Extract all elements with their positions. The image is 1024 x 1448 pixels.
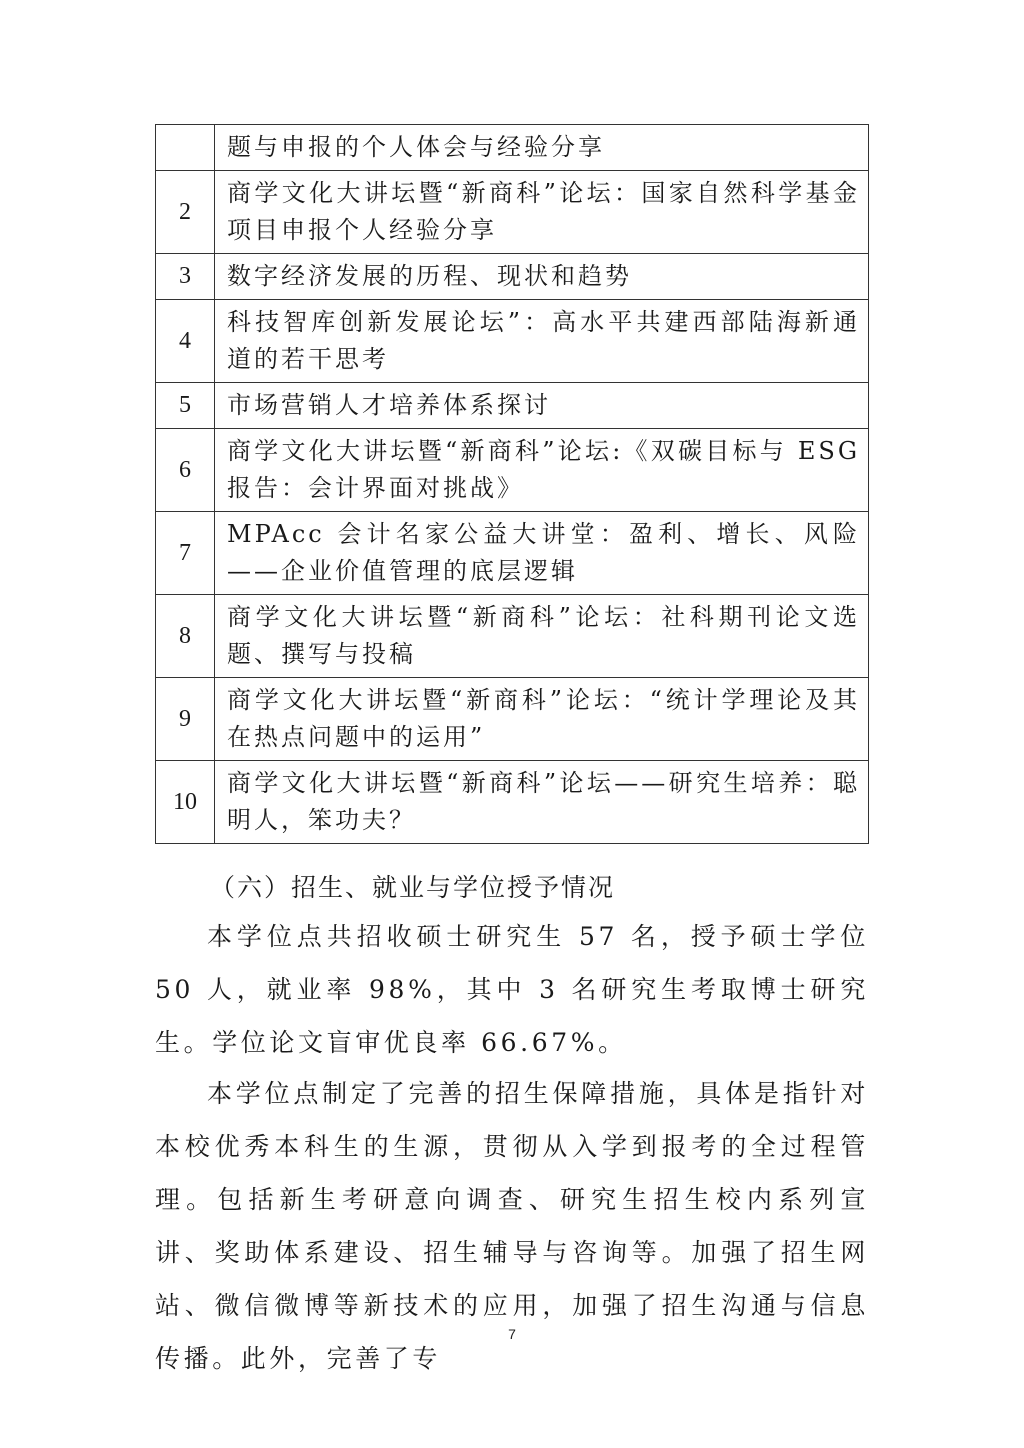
row-number: 9 xyxy=(156,678,215,761)
table-row: 题与申报的个人体会与经验分享 xyxy=(156,125,869,171)
row-number: 3 xyxy=(156,254,215,300)
enrollment-paragraph: 本学位点共招收硕士研究生 57 名，授予硕士学位 50 人，就业率 98%，其中… xyxy=(155,910,869,1069)
row-number xyxy=(156,125,215,171)
lecture-title: 科技智库创新发展论坛”：高水平共建西部陆海新通道的若干思考 xyxy=(215,300,869,383)
table-row: 8 商学文化大讲坛暨“新商科”论坛：社科期刊论文选题、撰写与投稿 xyxy=(156,595,869,678)
lecture-title: 商学文化大讲坛暨“新商科”论坛：“统计学理论及其在热点问题中的运用” xyxy=(215,678,869,761)
row-number: 7 xyxy=(156,512,215,595)
table-row: 9 商学文化大讲坛暨“新商科”论坛：“统计学理论及其在热点问题中的运用” xyxy=(156,678,869,761)
lecture-table: 题与申报的个人体会与经验分享 2 商学文化大讲坛暨“新商科”论坛：国家自然科学基… xyxy=(155,124,869,844)
table-row: 3 数字经济发展的历程、现状和趋势 xyxy=(156,254,869,300)
lecture-title: 商学文化大讲坛暨“新商科”论坛:《双碳目标与 ESG 报告：会计界面对挑战》 xyxy=(215,429,869,512)
table-row: 5 市场营销人才培养体系探讨 xyxy=(156,383,869,429)
row-number: 6 xyxy=(156,429,215,512)
lecture-title: 商学文化大讲坛暨“新商科”论坛：国家自然科学基金项目申报个人经验分享 xyxy=(215,171,869,254)
lecture-title: MPAcc 会计名家公益大讲堂：盈利、增长、风险——企业价值管理的底层逻辑 xyxy=(215,512,869,595)
page-number: 7 xyxy=(0,1326,1024,1342)
table-row: 7 MPAcc 会计名家公益大讲堂：盈利、增长、风险——企业价值管理的底层逻辑 xyxy=(156,512,869,595)
row-number: 2 xyxy=(156,171,215,254)
row-number: 10 xyxy=(156,761,215,844)
lecture-title: 商学文化大讲坛暨“新商科”论坛——研究生培养：聪明人，笨功夫？ xyxy=(215,761,869,844)
lecture-title: 题与申报的个人体会与经验分享 xyxy=(215,125,869,171)
table-row: 6 商学文化大讲坛暨“新商科”论坛:《双碳目标与 ESG 报告：会计界面对挑战》 xyxy=(156,429,869,512)
lecture-title: 数字经济发展的历程、现状和趋势 xyxy=(215,254,869,300)
table-row: 4 科技智库创新发展论坛”：高水平共建西部陆海新通道的若干思考 xyxy=(156,300,869,383)
lecture-title: 市场营销人才培养体系探讨 xyxy=(215,383,869,429)
table-row: 2 商学文化大讲坛暨“新商科”论坛：国家自然科学基金项目申报个人经验分享 xyxy=(156,171,869,254)
row-number: 4 xyxy=(156,300,215,383)
lecture-title: 商学文化大讲坛暨“新商科”论坛：社科期刊论文选题、撰写与投稿 xyxy=(215,595,869,678)
document-page: 题与申报的个人体会与经验分享 2 商学文化大讲坛暨“新商科”论坛：国家自然科学基… xyxy=(0,0,1024,1448)
section-heading: （六）招生、就业与学位授予情况 xyxy=(210,868,615,904)
table-row: 10 商学文化大讲坛暨“新商科”论坛——研究生培养：聪明人，笨功夫？ xyxy=(156,761,869,844)
row-number: 5 xyxy=(156,383,215,429)
row-number: 8 xyxy=(156,595,215,678)
